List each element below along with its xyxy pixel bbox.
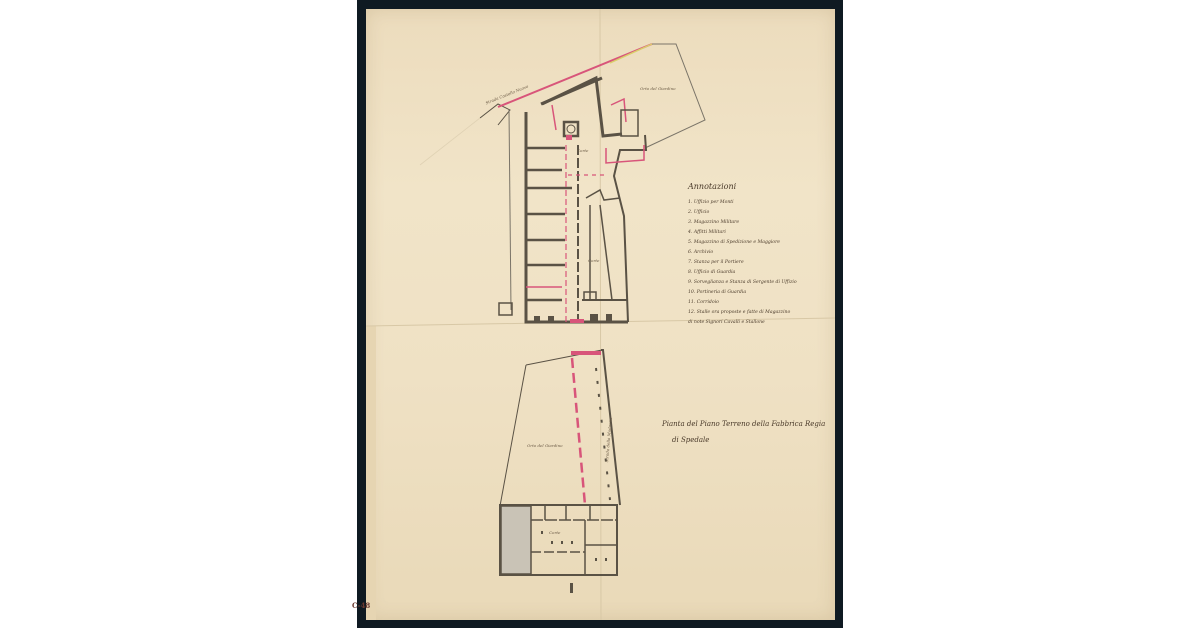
lower-building-plan <box>500 350 620 593</box>
courtyard-label-lower: Corte <box>549 530 560 535</box>
legend-item: 8. Ufficio di Guardia <box>688 268 797 278</box>
legend-title: Annotazioni <box>688 182 736 191</box>
courtyard-label-upper-main: Corte <box>577 148 588 153</box>
courtyard-label-upper-right: Corte <box>588 258 599 263</box>
legend-item: 9. Sorveglianza e Stanza di Sergente di … <box>688 278 797 288</box>
courtyard-label-top-right: Orto del Giardino <box>640 86 676 91</box>
plan-title-block: Pianta del Piano Terreno della Fabbrica … <box>662 416 825 448</box>
legend-item: 3. Magazzino Militare <box>688 218 797 228</box>
floor-plan-drawing <box>0 0 1200 628</box>
legend-item: 2. Ufficio <box>688 208 797 218</box>
legend-item: 5. Magazzino di Spedizione e Maggiore <box>688 238 797 248</box>
catalog-mark: C-48 <box>352 601 370 610</box>
legend-item: 6. Archivio <box>688 248 797 258</box>
legend-item: 10. Portineria di Guardia <box>688 288 797 298</box>
legend-list: 1. Uffizio per Monti 2. Ufficio 3. Magaz… <box>688 198 797 328</box>
legend-item: 1. Uffizio per Monti <box>688 198 797 208</box>
legend-item: 7. Stanza per il Portiere <box>688 258 797 268</box>
plan-title-line1: Pianta del Piano Terreno della Fabbrica … <box>662 416 825 432</box>
legend-item: 4. Affitti Militari <box>688 228 797 238</box>
legend-item: 12. Stalle ora proposte e fatte di Magaz… <box>688 308 797 318</box>
plan-title-line2: di Spedale <box>662 432 825 448</box>
garden-label-lower: Orto del Giardino <box>527 443 563 448</box>
legend-item: 11. Corridoio <box>688 298 797 308</box>
legend-item: di note Signori Cavalli e Stallone <box>688 318 797 328</box>
